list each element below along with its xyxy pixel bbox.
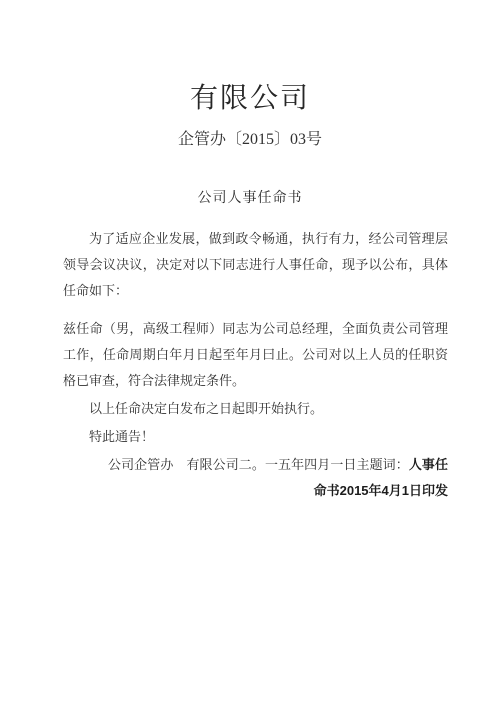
paragraph-effective: 以上任命决定白发布之日起即开始执行。 [63,396,448,422]
paragraph-intro: 为了适应企业发展，做到政令畅通，执行有力，经公司管理层领导会议决议，决定对以下同… [63,226,448,304]
company-title: 有限公司 [0,84,500,114]
document-heading: 公司人事任命书 [0,190,500,207]
signoff-line: 公司企管办 有限公司二。一五年四月一日主题词：人事任命书2015年4月1日印发 [63,452,448,504]
document-page: 有限公司 企管办〔2015〕03号 公司人事任命书 为了适应企业发展，做到政令畅… [0,0,500,708]
paragraph-appointment: 兹任命（男，高级工程师）同志为公司总经理，全面负责公司管理工作，任命周期白年月日… [63,316,448,394]
document-number: 企管办〔2015〕03号 [0,131,500,149]
signoff-prefix: 公司企管办 有限公司二。一五年四月一日主题词： [108,457,409,472]
document-body: 为了适应企业发展，做到政令畅通，执行有力，经公司管理层领导会议决议，决定对以下同… [63,226,448,504]
paragraph-notice: 特此通告！ [63,424,448,450]
